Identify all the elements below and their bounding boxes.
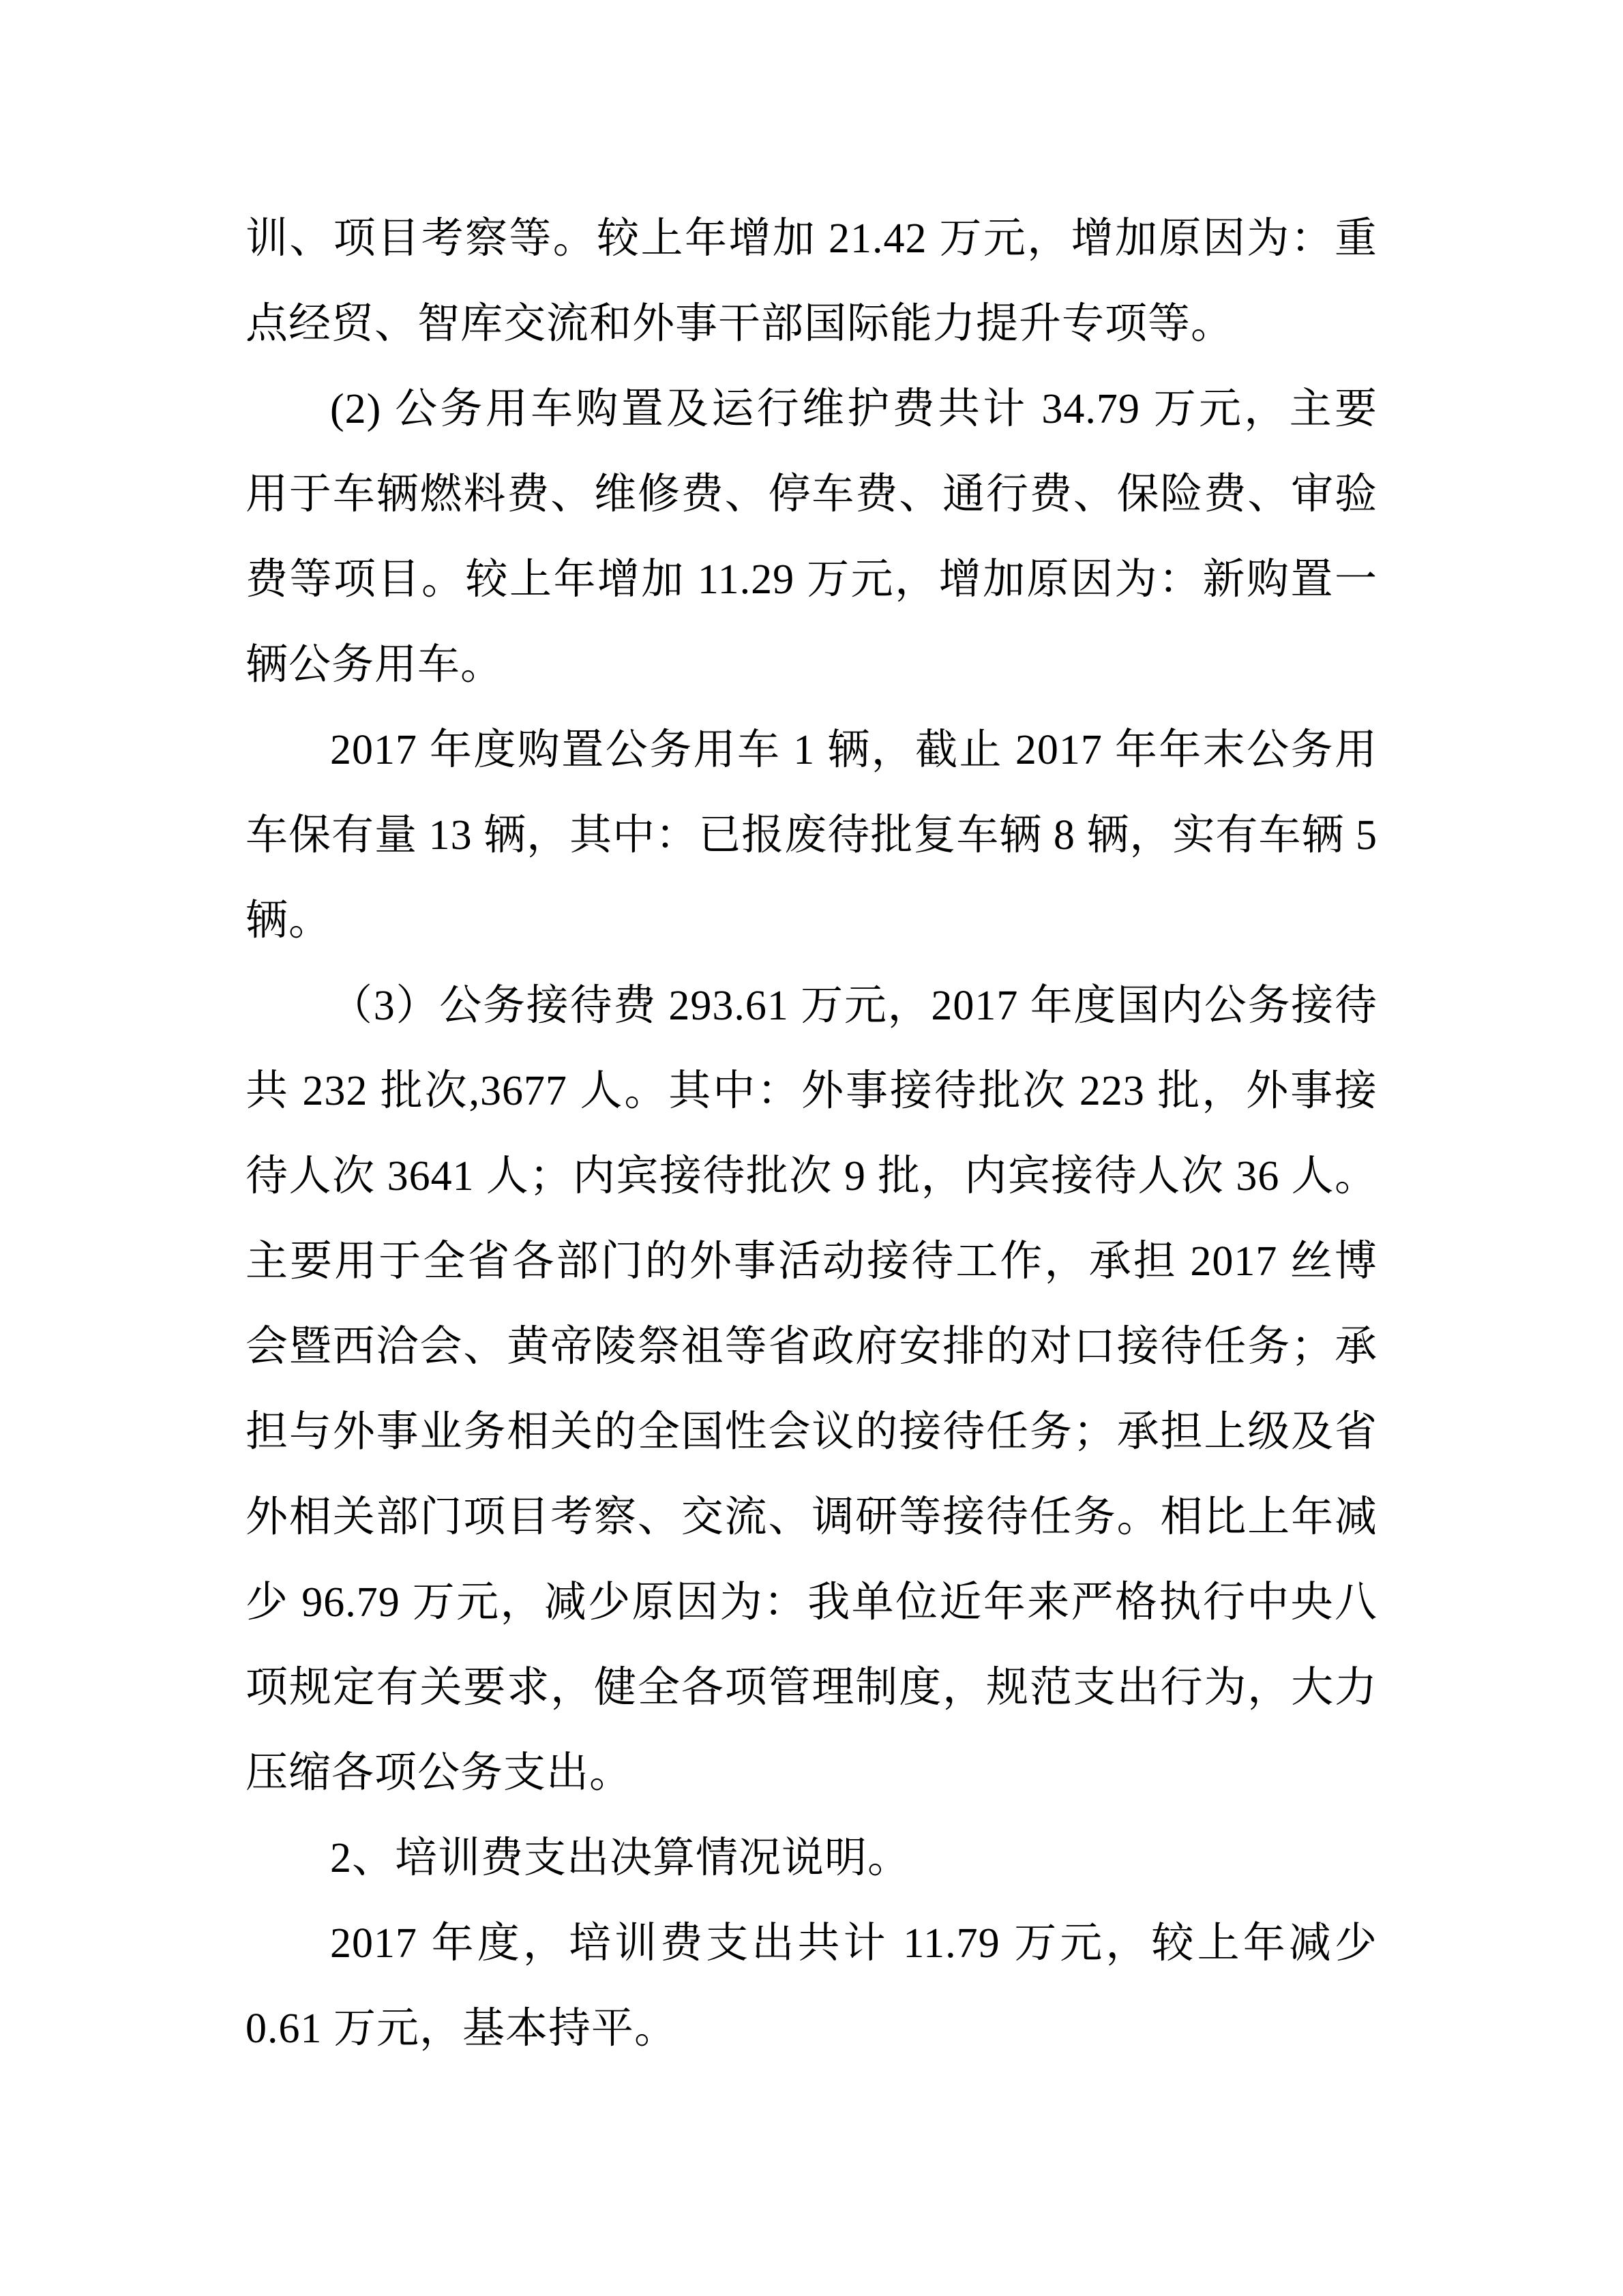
text-line: 待人次 3641 人；内宾接待批次 9 批，内宾接待人次 36 人。 [245, 1134, 1378, 1219]
text-line: （3）公务接待费 293.61 万元，2017 年度国内公务接待 [245, 964, 1378, 1049]
text-line: 辆。 [245, 878, 1378, 964]
text-line: 担与外事业务相关的全国性会议的接待任务；承担上级及省 [245, 1390, 1378, 1475]
text-line: 主要用于全省各部门的外事活动接待工作，承担 2017 丝博 [245, 1219, 1378, 1304]
text-line: 2017 年度购置公务用车 1 辆，截止 2017 年年末公务用 [245, 708, 1378, 793]
text-line: 2、培训费支出决算情况说明。 [245, 1816, 1378, 1901]
text-line: 车保有量 13 辆，其中：已报废待批复车辆 8 辆，实有车辆 5 [245, 793, 1378, 878]
text-line: 用于车辆燃料费、维修费、停车费、通行费、保险费、审验 [245, 452, 1378, 537]
text-line: 外相关部门项目考察、交流、调研等接待任务。相比上年减 [245, 1475, 1378, 1560]
text-line: 2017 年度，培训费支出共计 11.79 万元，较上年减少 [245, 1901, 1378, 1986]
document-page: 训、项目考察等。较上年增加 21.42 万元，增加原因为：重 点经贸、智库交流和… [0, 0, 1623, 2296]
text-line: 费等项目。较上年增加 11.29 万元，增加原因为：新购置一 [245, 537, 1378, 623]
text-line: 共 232 批次,3677 人。其中：外事接待批次 223 批，外事接 [245, 1049, 1378, 1134]
text-line: 项规定有关要求，健全各项管理制度，规范支出行为，大力 [245, 1645, 1378, 1731]
text-line: 少 96.79 万元，减少原因为：我单位近年来严格执行中央八 [245, 1560, 1378, 1645]
text-line: 0.61 万元，基本持平。 [245, 1986, 1378, 2072]
text-line: 辆公务用车。 [245, 623, 1378, 708]
text-line: 压缩各项公务支出。 [245, 1731, 1378, 1816]
text-line: 会暨西洽会、黄帝陵祭祖等省政府安排的对口接待任务；承 [245, 1304, 1378, 1390]
text-line: 点经贸、智库交流和外事干部国际能力提升专项等。 [245, 282, 1378, 367]
text-line: 训、项目考察等。较上年增加 21.42 万元，增加原因为：重 [245, 196, 1378, 282]
text-line: (2) 公务用车购置及运行维护费共计 34.79 万元，主要 [245, 367, 1378, 452]
